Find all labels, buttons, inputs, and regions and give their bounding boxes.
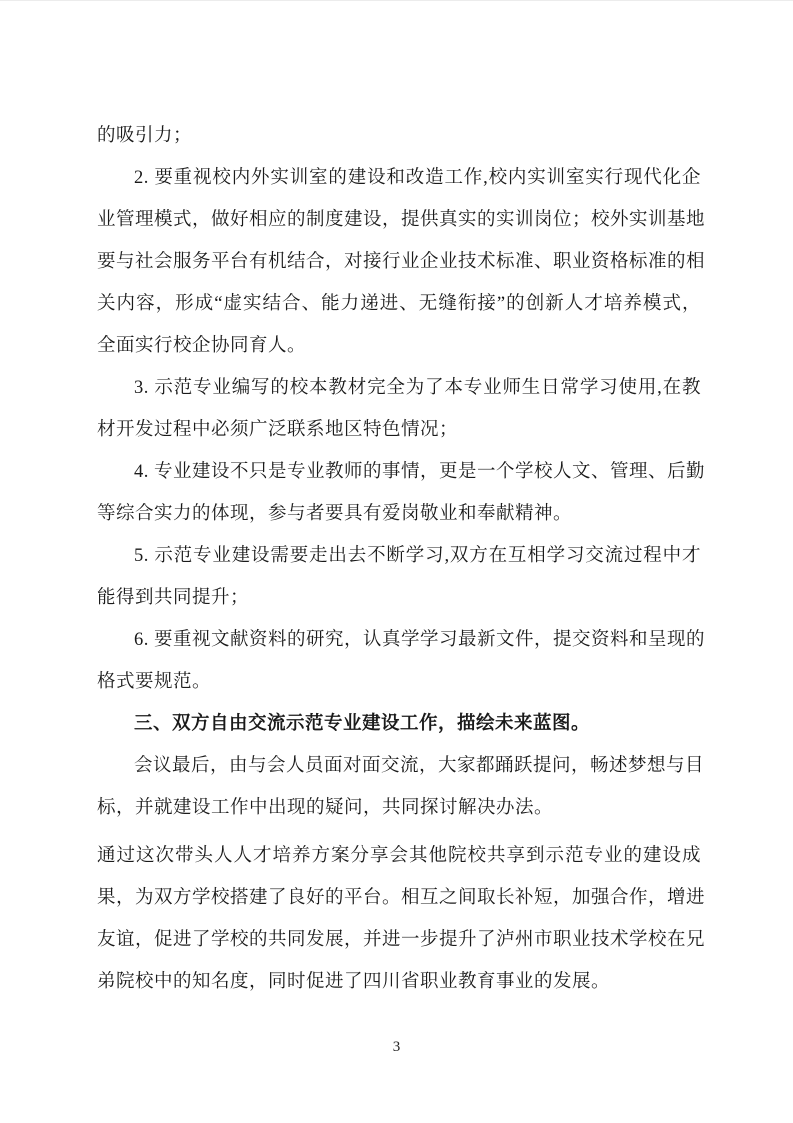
text-line: 会议最后，由与会人员面对面交流，大家都踊跃提问，畅述梦想与目 xyxy=(97,745,701,787)
text-line: 材开发过程中必须广泛联系地区特色情况； xyxy=(97,409,701,451)
text-line: 5. 示范专业建设需要走出去不断学习,双方在互相学习交流过程中才 xyxy=(97,535,701,577)
text-line: 2. 要重视校内外实训室的建设和改造工作,校内实训室实行现代化企 xyxy=(97,157,701,199)
page-number: 3 xyxy=(0,1037,793,1057)
section-heading: 三、双方自由交流示范专业建设工作，描绘未来蓝图。 xyxy=(97,703,701,745)
text-line: 弟院校中的知名度，同时促进了四川省职业教育事业的发展。 xyxy=(97,961,701,1003)
text-body: 的吸引力； 2. 要重视校内外实训室的建设和改造工作,校内实训室实行现代化企 业… xyxy=(97,115,701,1003)
text-line: 等综合实力的体现，参与者要具有爱岗敬业和奉献精神。 xyxy=(97,493,701,535)
text-line: 6. 要重视文献资料的研究，认真学学习最新文件，提交资料和呈现的 xyxy=(97,619,701,661)
text-line: 关内容，形成“虚实结合、能力递进、无缝衔接”的创新人才培养模式， xyxy=(97,283,701,325)
text-line: 格式要规范。 xyxy=(97,661,701,703)
text-line: 通过这次带头人人才培养方案分享会其他院校共享到示范专业的建设成 xyxy=(97,835,701,877)
text-line: 要与社会服务平台有机结合，对接行业企业技术标准、职业资格标准的相 xyxy=(97,241,701,283)
text-line: 的吸引力； xyxy=(97,115,701,157)
document-page: 的吸引力； 2. 要重视校内外实训室的建设和改造工作,校内实训室实行现代化企 业… xyxy=(0,0,793,1123)
text-line: 全面实行校企协同育人。 xyxy=(97,325,701,367)
text-line: 3. 示范专业编写的校本教材完全为了本专业师生日常学习使用,在教 xyxy=(97,367,701,409)
text-line: 标，并就建设工作中出现的疑问，共同探讨解决办法。 xyxy=(97,787,701,829)
text-line: 业管理模式，做好相应的制度建设，提供真实的实训岗位；校外实训基地 xyxy=(97,199,701,241)
text-line: 4. 专业建设不只是专业教师的事情，更是一个学校人文、管理、后勤 xyxy=(97,451,701,493)
text-line: 果，为双方学校搭建了良好的平台。相互之间取长补短，加强合作，增进 xyxy=(97,877,701,919)
text-line: 友谊，促进了学校的共同发展，并进一步提升了泸州市职业技术学校在兄 xyxy=(97,919,701,961)
text-line: 能得到共同提升； xyxy=(97,577,701,619)
